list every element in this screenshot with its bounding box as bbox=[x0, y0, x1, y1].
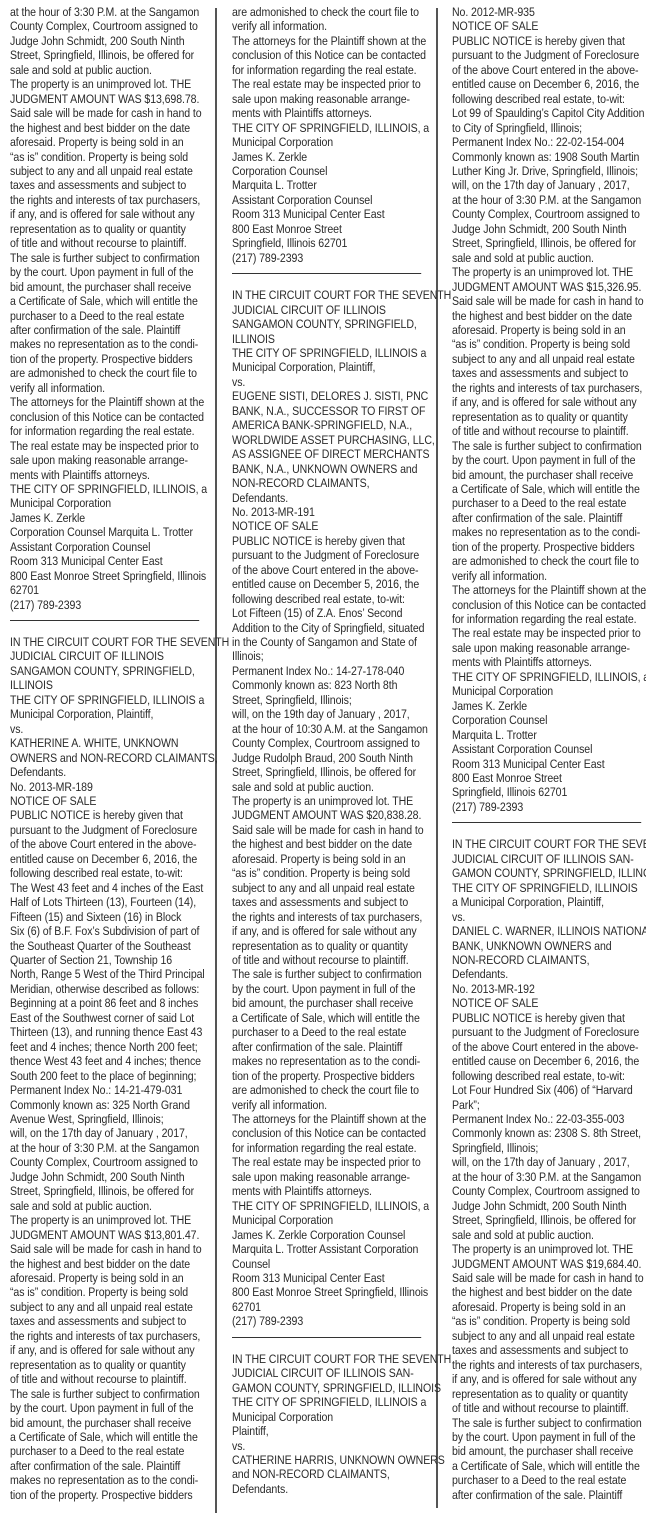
notice-line: Room 313 Municipal Center East bbox=[232, 207, 423, 221]
notice-line: Municipal Corporation bbox=[10, 496, 201, 510]
notice-line: IN THE CIRCUIT COURT FOR THE SEVENTH bbox=[232, 1352, 423, 1366]
notice-line: bid amount, the purchaser shall receive bbox=[452, 1444, 643, 1458]
column-right: No. 2012-MR-935NOTICE OF SALEPUBLIC NOTI… bbox=[452, 5, 643, 1502]
notice-line: entitled cause on December 6, 2016, the bbox=[452, 77, 643, 91]
notice-line: JUDICIAL CIRCUIT OF ILLINOIS bbox=[232, 303, 423, 317]
notice-line: aforesaid. Property is being sold in an bbox=[452, 1300, 643, 1314]
notice-line: Luther King Jr. Drive, Springfield, Illi… bbox=[452, 164, 643, 178]
column-divider bbox=[436, 8, 438, 1508]
notice-line: following described real estate, to-wit: bbox=[452, 1069, 643, 1083]
notice-line: representation as to quality or quantity bbox=[452, 410, 643, 424]
notice-line: 800 East Monroe Street bbox=[232, 222, 423, 236]
notice-line: a Certificate of Sale, which will entitl… bbox=[232, 1011, 423, 1025]
notice-line: taxes and assessments and subject to bbox=[232, 895, 423, 909]
notice-line: The property is an unimproved lot. THE bbox=[232, 794, 423, 808]
notice-line: Permanent Index No.: 14-27-178-040 bbox=[232, 664, 423, 678]
notice-line: THE CITY OF SPRINGFIELD, ILLINOIS, a bbox=[232, 1199, 423, 1213]
notice-line: the rights and interests of tax purchase… bbox=[232, 910, 423, 924]
notice-line: JUDGMENT AMOUNT WAS $13,801.47. bbox=[10, 1228, 201, 1242]
notice-line: vs. bbox=[232, 375, 423, 389]
notice-line: thence West 43 feet and 4 inches; thence bbox=[10, 1054, 201, 1068]
notice-line: BANK, N.A., UNKNOWN OWNERS and bbox=[232, 462, 423, 476]
notice-line: The sale is further subject to confirmat… bbox=[10, 251, 201, 265]
notice-line: THE CITY OF SPRINGFIELD, ILLINOIS a bbox=[232, 346, 423, 360]
notice-line: vs. bbox=[232, 1439, 423, 1453]
notice-line: NOTICE OF SALE bbox=[452, 996, 643, 1010]
notice-line: makes no representation as to the condi- bbox=[10, 1473, 201, 1487]
notice-line: pursuant to the Judgment of Foreclosure bbox=[452, 48, 643, 62]
notice-line: PUBLIC NOTICE is hereby given that bbox=[10, 808, 201, 822]
notice-line: if any, and is offered for sale without … bbox=[452, 1372, 643, 1386]
notice-line: will, on the 17th day of January , 2017, bbox=[10, 1126, 201, 1140]
notice-line: SANGAMON COUNTY, SPRINGFIELD, bbox=[10, 664, 201, 678]
notice-line: The attorneys for the Plaintiff shown at… bbox=[452, 583, 643, 597]
notice-line: PUBLIC NOTICE is hereby given that bbox=[452, 34, 643, 48]
notice-line: The real estate may be inspected prior t… bbox=[452, 626, 643, 640]
notice-line: conclusion of this Notice can be contact… bbox=[10, 410, 201, 424]
notice-line: No. 2013-MR-189 bbox=[10, 780, 201, 794]
notice-line: ments with Plaintiffs attorneys. bbox=[452, 655, 643, 669]
notice-line: subject to any and all unpaid real estat… bbox=[10, 164, 201, 178]
notice-line: Municipal Corporation bbox=[452, 684, 643, 698]
notice-line: ILLINOIS bbox=[232, 332, 423, 346]
notice-line: Street, Springfield, Illinois, be offere… bbox=[10, 1184, 201, 1198]
notice-separator-rule bbox=[10, 620, 199, 621]
notice-line: JUDICIAL CIRCUIT OF ILLINOIS SAN- bbox=[232, 1366, 423, 1380]
notice-line: if any, and is offered for sale without … bbox=[232, 924, 423, 938]
notice-line: “as is” condition. Property is being sol… bbox=[452, 1314, 643, 1328]
notice-line: Defendants. bbox=[232, 491, 423, 505]
notice-line: BANK, UNKNOWN OWNERS and bbox=[452, 939, 643, 953]
notice-line: after confirmation of the sale. Plaintif… bbox=[10, 323, 201, 337]
notice-line: of title and without recourse to plainti… bbox=[10, 236, 201, 250]
notice-line: Room 313 Municipal Center East bbox=[452, 757, 643, 771]
notice-line: a Municipal Corporation, Plaintiff, bbox=[452, 895, 643, 909]
notice-line: tion of the property. Prospective bidder… bbox=[452, 540, 643, 554]
notice-line: Lot Fifteen (15) of Z.A. Enos’ Second bbox=[232, 606, 423, 620]
notice-line: The real estate may be inspected prior t… bbox=[232, 77, 423, 91]
notice-line: The sale is further subject to confirmat… bbox=[452, 1416, 643, 1430]
notice-line: Lot Four Hundred Six (406) of “Harvard bbox=[452, 1083, 643, 1097]
notice-line: Street, Springfield, Illinois; bbox=[232, 693, 423, 707]
notice-line: ILLINOIS bbox=[10, 678, 201, 692]
notice-line: IN THE CIRCUIT COURT FOR THE SEVENTH bbox=[10, 635, 201, 649]
notice-line: a Certificate of Sale, which will entitl… bbox=[452, 1459, 643, 1473]
notice-line: JUDICIAL CIRCUIT OF ILLINOIS bbox=[10, 649, 201, 663]
notice-line: “as is” condition. Property is being sol… bbox=[452, 337, 643, 351]
notice-line: James K. Zerkle bbox=[232, 150, 423, 164]
notice-line: Room 313 Municipal Center East bbox=[10, 554, 201, 568]
notice-line: Defendants. bbox=[10, 765, 201, 779]
notice-line: verify all information. bbox=[232, 19, 423, 33]
notice-line: at the hour of 3:30 P.M. at the Sangamon bbox=[452, 1170, 643, 1184]
notice-line: of the above Court entered in the above- bbox=[452, 63, 643, 77]
notice-line: Municipal Corporation, Plaintiff, bbox=[232, 360, 423, 374]
notice-line: if any, and is offered for sale without … bbox=[452, 395, 643, 409]
notice-line: Illinois; bbox=[232, 649, 423, 663]
notice-line: County Complex, Courtroom assigned to bbox=[452, 1184, 643, 1198]
notice-line: The sale is further subject to confirmat… bbox=[10, 1387, 201, 1401]
notice-line: following described real estate, to-wit: bbox=[232, 592, 423, 606]
notice-line: Springfield, Illinois 62701 bbox=[232, 236, 423, 250]
notice-line: tion of the property. Prospective bidder… bbox=[10, 352, 201, 366]
notice-line: The property is an unimproved lot. THE bbox=[10, 1213, 201, 1227]
notice-line: ments with Plaintiffs attorneys. bbox=[232, 1184, 423, 1198]
notice-line: Thirteen (13), and running thence East 4… bbox=[10, 1025, 201, 1039]
notice-line: aforesaid. Property is being sold in an bbox=[452, 323, 643, 337]
notice-text-block: No. 2012-MR-935NOTICE OF SALEPUBLIC NOTI… bbox=[452, 5, 643, 814]
notice-line: Street, Springfield, Illinois, be offere… bbox=[452, 236, 643, 250]
notice-line: purchaser to a Deed to the real estate bbox=[452, 496, 643, 510]
notice-line: Corporation Counsel Marquita L. Trotter bbox=[10, 525, 201, 539]
notice-line: sale upon making reasonable arrange- bbox=[232, 1170, 423, 1184]
notice-line: OWNERS and NON-RECORD CLAIMANTS, bbox=[10, 751, 201, 765]
notice-separator-rule bbox=[452, 822, 641, 823]
notice-line: the highest and best bidder on the date bbox=[452, 309, 643, 323]
notice-line: 800 East Monroe Street Springfield, Illi… bbox=[232, 1285, 423, 1299]
notice-line: bid amount, the purchaser shall receive bbox=[10, 280, 201, 294]
notice-line: The attorneys for the Plaintiff shown at… bbox=[232, 1112, 423, 1126]
notice-line: Avenue West, Springfield, Illinois; bbox=[10, 1112, 201, 1126]
notice-line: THE CITY OF SPRINGFIELD, ILLINOIS, a bbox=[10, 482, 201, 496]
notice-line: Counsel bbox=[232, 1257, 423, 1271]
notice-line: sale upon making reasonable arrange- bbox=[232, 92, 423, 106]
notice-line: conclusion of this Notice can be contact… bbox=[232, 1126, 423, 1140]
notice-line: (217) 789-2393 bbox=[232, 1314, 423, 1328]
notice-line: the rights and interests of tax purchase… bbox=[10, 1329, 201, 1343]
notice-line: THE CITY OF SPRINGFIELD, ILLINOIS, a bbox=[232, 121, 423, 135]
notice-line: GAMON COUNTY, SPRINGFIELD, ILLINOIS bbox=[232, 1381, 423, 1395]
notice-line: after confirmation of the sale. Plaintif… bbox=[232, 1040, 423, 1054]
notice-line: sale upon making reasonable arrange- bbox=[10, 453, 201, 467]
notice-line: sale and sold at public auction. bbox=[452, 1228, 643, 1242]
notice-line: Defendants. bbox=[232, 1482, 423, 1496]
notice-line: are admonished to check the court file t… bbox=[452, 554, 643, 568]
notice-line: subject to any and all unpaid real estat… bbox=[452, 1329, 643, 1343]
notice-line: Commonly known as: 1908 South Martin bbox=[452, 150, 643, 164]
notice-line: will, on the 17th day of January , 2017, bbox=[452, 178, 643, 192]
notice-line: Fifteen (15) and Sixteen (16) in Block bbox=[10, 910, 201, 924]
notice-text-block: IN THE CIRCUIT COURT FOR THE SEVENTHJUDI… bbox=[10, 635, 201, 1502]
notice-line: The West 43 feet and 4 inches of the Eas… bbox=[10, 881, 201, 895]
notice-line: the rights and interests of tax purchase… bbox=[452, 381, 643, 395]
notice-line: James K. Zerkle bbox=[452, 699, 643, 713]
notice-line: Assistant Corporation Counsel bbox=[452, 742, 643, 756]
notice-line: tion of the property. Prospective bidder… bbox=[232, 1069, 423, 1083]
notice-line: bid amount, the purchaser shall receive bbox=[452, 468, 643, 482]
notice-line: Springfield, Illinois; bbox=[452, 1141, 643, 1155]
notice-line: ments with Plaintiffs attorneys. bbox=[10, 468, 201, 482]
notice-line: Room 313 Municipal Center East bbox=[232, 1271, 423, 1285]
notice-line: vs. bbox=[452, 910, 643, 924]
column-left: at the hour of 3:30 P.M. at the Sangamon… bbox=[10, 5, 201, 1502]
notice-line: sale and sold at public auction. bbox=[10, 63, 201, 77]
notice-line: THE CITY OF SPRINGFIELD, ILLINOIS a bbox=[10, 693, 201, 707]
notice-line: of title and without recourse to plainti… bbox=[10, 1372, 201, 1386]
notice-line: purchaser to a Deed to the real estate bbox=[10, 309, 201, 323]
notice-line: a Certificate of Sale, which will entitl… bbox=[452, 482, 643, 496]
notice-line: Municipal Corporation bbox=[232, 1213, 423, 1227]
notice-line: the highest and best bidder on the date bbox=[10, 1257, 201, 1271]
notice-line: are admonished to check the court file t… bbox=[232, 5, 423, 19]
notice-line: SANGAMON COUNTY, SPRINGFIELD, bbox=[232, 317, 423, 331]
notice-line: entitled cause on December 6, 2016, the bbox=[10, 852, 201, 866]
notice-line: entitled cause on December 6, 2016, the bbox=[452, 1054, 643, 1068]
notice-line: conclusion of this Notice can be contact… bbox=[452, 598, 643, 612]
notice-line: subject to any and all unpaid real estat… bbox=[452, 352, 643, 366]
legal-notices-page: at the hour of 3:30 P.M. at the Sangamon… bbox=[0, 0, 646, 1518]
notice-line: Judge John Schmidt, 200 South Ninth bbox=[452, 1199, 643, 1213]
notice-line: by the court. Upon payment in full of th… bbox=[10, 1401, 201, 1415]
notice-line: Meridian, otherwise described as follows… bbox=[10, 982, 201, 996]
notice-line: Street, Springfield, Illinois, be offere… bbox=[232, 765, 423, 779]
notice-line: Quarter of Section 21, Township 16 bbox=[10, 953, 201, 967]
notice-line: following described real estate, to-wit: bbox=[452, 92, 643, 106]
notice-line: 62701 bbox=[10, 583, 201, 597]
notice-line: Addition to the City of Springfield, sit… bbox=[232, 621, 423, 635]
notice-line: Lot 99 of Spaulding’s Capitol City Addit… bbox=[452, 106, 643, 120]
notice-line: GAMON COUNTY, SPRINGFIELD, ILLINOIS bbox=[452, 866, 643, 880]
notice-line: Street, Springfield, Illinois, be offere… bbox=[10, 48, 201, 62]
notice-line: after confirmation of the sale. Plaintif… bbox=[452, 1488, 643, 1502]
notice-line: will, on the 17th day of January , 2017, bbox=[452, 1155, 643, 1169]
notice-line: taxes and assessments and subject to bbox=[10, 178, 201, 192]
column-middle: are admonished to check the court file t… bbox=[232, 5, 423, 1496]
notice-line: will, on the 19th day of January , 2017, bbox=[232, 707, 423, 721]
notice-line: Assistant Corporation Counsel bbox=[10, 540, 201, 554]
notice-line: THE CITY OF SPRINGFIELD, ILLINOIS, a bbox=[452, 670, 643, 684]
notice-line: Park”; bbox=[452, 1098, 643, 1112]
notice-line: for information regarding the real estat… bbox=[232, 63, 423, 77]
notice-text-block: are admonished to check the court file t… bbox=[232, 5, 423, 265]
notice-line: County Complex, Courtroom assigned to bbox=[10, 19, 201, 33]
notice-line: BANK, N.A., SUCCESSOR TO FIRST OF bbox=[232, 404, 423, 418]
notice-line: the highest and best bidder on the date bbox=[232, 837, 423, 851]
notice-line: the rights and interests of tax purchase… bbox=[10, 193, 201, 207]
notice-line: Corporation Counsel bbox=[232, 164, 423, 178]
notice-line: of title and without recourse to plainti… bbox=[232, 953, 423, 967]
notice-line: subject to any and all unpaid real estat… bbox=[10, 1300, 201, 1314]
notice-line: IN THE CIRCUIT COURT FOR THE SEVENTH bbox=[452, 837, 643, 851]
notice-line: “as is” condition. Property is being sol… bbox=[10, 150, 201, 164]
notice-line: bid amount, the purchaser shall receive bbox=[232, 996, 423, 1010]
notice-line: of title and without recourse to plainti… bbox=[452, 1401, 643, 1415]
notice-line: East of the Southwest corner of said Lot bbox=[10, 1011, 201, 1025]
notice-line: a Certificate of Sale, which will entitl… bbox=[10, 294, 201, 308]
notice-line: Judge John Schmidt, 200 South Ninth bbox=[10, 34, 201, 48]
notice-line: taxes and assessments and subject to bbox=[452, 366, 643, 380]
notice-line: of title and without recourse to plainti… bbox=[452, 424, 643, 438]
notice-line: Commonly known as: 2308 S. 8th Street, bbox=[452, 1126, 643, 1140]
notice-line: The property is an unimproved lot. THE bbox=[452, 265, 643, 279]
notice-line: representation as to quality or quantity bbox=[10, 1358, 201, 1372]
notice-line: Permanent Index No.: 14-21-479-031 bbox=[10, 1083, 201, 1097]
notice-line: the rights and interests of tax purchase… bbox=[452, 1358, 643, 1372]
notice-line: of the above Court entered in the above- bbox=[232, 563, 423, 577]
notice-line: AMERICA BANK-SPRINGFIELD, N.A., bbox=[232, 418, 423, 432]
notice-line: sale upon making reasonable arrange- bbox=[452, 641, 643, 655]
notice-line: Judge John Schmidt, 200 South Ninth bbox=[452, 222, 643, 236]
notice-separator-rule bbox=[232, 273, 421, 274]
notice-line: pursuant to the Judgment of Foreclosure bbox=[452, 1025, 643, 1039]
notice-line: JUDGMENT AMOUNT WAS $19,684.40. bbox=[452, 1257, 643, 1271]
notice-line: after confirmation of the sale. Plaintif… bbox=[452, 511, 643, 525]
notice-line: taxes and assessments and subject to bbox=[452, 1343, 643, 1357]
notice-line: makes no representation as to the condi- bbox=[452, 525, 643, 539]
notice-line: at the hour of 3:30 P.M. at the Sangamon bbox=[10, 5, 201, 19]
notice-line: Judge John Schmidt, 200 South Ninth bbox=[10, 1170, 201, 1184]
notice-text-block: IN THE CIRCUIT COURT FOR THE SEVENTHJUDI… bbox=[232, 1352, 423, 1497]
notice-line: James K. Zerkle bbox=[10, 511, 201, 525]
notice-line: Half of Lots Thirteen (13), Fourteen (14… bbox=[10, 895, 201, 909]
notice-line: Municipal Corporation, Plaintiff, bbox=[10, 707, 201, 721]
notice-line: sale and sold at public auction. bbox=[232, 780, 423, 794]
notice-line: Said sale will be made for cash in hand … bbox=[232, 823, 423, 837]
notice-line: Said sale will be made for cash in hand … bbox=[452, 294, 643, 308]
notice-line: tion of the property. Prospective bidder… bbox=[10, 1488, 201, 1502]
notice-line: JUDGMENT AMOUNT WAS $20,838.28. bbox=[232, 808, 423, 822]
notice-line: pursuant to the Judgment of Foreclosure bbox=[10, 823, 201, 837]
notice-line: (217) 789-2393 bbox=[10, 598, 201, 612]
notice-line: by the court. Upon payment in full of th… bbox=[10, 265, 201, 279]
notice-line: CATHERINE HARRIS, UNKNOWN OWNERS bbox=[232, 1453, 423, 1467]
notice-line: “as is” condition. Property is being sol… bbox=[232, 866, 423, 880]
notice-line: Said sale will be made for cash in hand … bbox=[10, 106, 201, 120]
notice-line: 62701 bbox=[232, 1300, 423, 1314]
notice-line: NOTICE OF SALE bbox=[10, 794, 201, 808]
notice-line: following described real estate, to-wit: bbox=[10, 866, 201, 880]
notice-line: County Complex, Courtroom assigned to bbox=[10, 1155, 201, 1169]
notice-line: Commonly known as: 325 North Grand bbox=[10, 1098, 201, 1112]
notice-line: North, Range 5 West of the Third Princip… bbox=[10, 967, 201, 981]
notice-line: Said sale will be made for cash in hand … bbox=[452, 1271, 643, 1285]
notice-line: for information regarding the real estat… bbox=[10, 424, 201, 438]
notice-line: for information regarding the real estat… bbox=[452, 612, 643, 626]
notice-line: purchaser to a Deed to the real estate bbox=[10, 1444, 201, 1458]
notice-line: purchaser to a Deed to the real estate bbox=[452, 1473, 643, 1487]
notice-line: aforesaid. Property is being sold in an bbox=[10, 1271, 201, 1285]
notice-line: JUDGMENT AMOUNT WAS $15,326.95. bbox=[452, 280, 643, 294]
notice-line: the highest and best bidder on the date bbox=[10, 121, 201, 135]
notice-line: The sale is further subject to confirmat… bbox=[232, 967, 423, 981]
notice-line: NOTICE OF SALE bbox=[452, 19, 643, 33]
notice-line: The real estate may be inspected prior t… bbox=[232, 1155, 423, 1169]
notice-line: representation as to quality or quantity bbox=[10, 222, 201, 236]
notice-line: NON-RECORD CLAIMANTS, bbox=[232, 476, 423, 490]
notice-line: if any, and is offered for sale without … bbox=[10, 207, 201, 221]
notice-line: No. 2013-MR-192 bbox=[452, 982, 643, 996]
notice-line: EUGENE SISTI, DELORES J. SISTI, PNC bbox=[232, 389, 423, 403]
notice-line: The attorneys for the Plaintiff shown at… bbox=[10, 395, 201, 409]
notice-line: The attorneys for the Plaintiff shown at… bbox=[232, 34, 423, 48]
notice-line: taxes and assessments and subject to bbox=[10, 1314, 201, 1328]
notice-line: PUBLIC NOTICE is hereby given that bbox=[452, 1011, 643, 1025]
notice-line: NON-RECORD CLAIMANTS, bbox=[452, 953, 643, 967]
notice-line: to City of Springfield, Illinois; bbox=[452, 121, 643, 135]
notice-line: by the court. Upon payment in full of th… bbox=[452, 453, 643, 467]
notice-line: KATHERINE A. WHITE, UNKNOWN bbox=[10, 736, 201, 750]
notice-text-block: IN THE CIRCUIT COURT FOR THE SEVENTHJUDI… bbox=[232, 288, 423, 1329]
notice-line: makes no representation as to the condi- bbox=[232, 1054, 423, 1068]
notice-line: the Southeast Quarter of the Southeast bbox=[10, 939, 201, 953]
notice-line: Six (6) of B.F. Fox’s Subdivision of par… bbox=[10, 924, 201, 938]
notice-line: James K. Zerkle Corporation Counsel bbox=[232, 1228, 423, 1242]
notice-line: No. 2012-MR-935 bbox=[452, 5, 643, 19]
notice-line: Beginning at a point 86 feet and 8 inche… bbox=[10, 996, 201, 1010]
notice-line: vs. bbox=[10, 722, 201, 736]
notice-line: after confirmation of the sale. Plaintif… bbox=[10, 1459, 201, 1473]
notice-separator-rule bbox=[232, 1337, 421, 1338]
notice-line: at the hour of 10:30 A.M. at the Sangamo… bbox=[232, 722, 423, 736]
notice-line: verify all information. bbox=[232, 1098, 423, 1112]
notice-line: Permanent Index No.: 22-03-355-003 bbox=[452, 1112, 643, 1126]
notice-line: Permanent Index No.: 22-02-154-004 bbox=[452, 135, 643, 149]
notice-line: representation as to quality or quantity bbox=[452, 1387, 643, 1401]
notice-line: NOTICE OF SALE bbox=[232, 519, 423, 533]
notice-line: pursuant to the Judgment of Foreclosure bbox=[232, 548, 423, 562]
notice-line: The property is an unimproved lot. THE bbox=[452, 1242, 643, 1256]
notice-line: Marquita L. Trotter bbox=[452, 728, 643, 742]
notice-line: 800 East Monroe Street Springfield, Illi… bbox=[10, 569, 201, 583]
notice-line: (217) 789-2393 bbox=[232, 251, 423, 265]
notice-line: bid amount, the purchaser shall receive bbox=[10, 1416, 201, 1430]
notice-line: Municipal Corporation bbox=[232, 135, 423, 149]
notice-line: Springfield, Illinois 62701 bbox=[452, 785, 643, 799]
notice-line: Street, Springfield, Illinois, be offere… bbox=[452, 1213, 643, 1227]
notice-line: Commonly known as: 823 North 8th bbox=[232, 678, 423, 692]
notice-line: sale and sold at public auction. bbox=[452, 251, 643, 265]
notice-line: feet and 4 inches; thence North 200 feet… bbox=[10, 1040, 201, 1054]
notice-line: a Certificate of Sale, which will entitl… bbox=[10, 1430, 201, 1444]
notice-line: Said sale will be made for cash in hand … bbox=[10, 1242, 201, 1256]
notice-line: “as is” condition. Property is being sol… bbox=[10, 1285, 201, 1299]
notice-line: IN THE CIRCUIT COURT FOR THE SEVENTH bbox=[232, 288, 423, 302]
notice-line: The property is an unimproved lot. THE bbox=[10, 77, 201, 91]
notice-line: for information regarding the real estat… bbox=[232, 1141, 423, 1155]
notice-line: Assistant Corporation Counsel bbox=[232, 193, 423, 207]
notice-line: County Complex, Courtroom assigned to bbox=[232, 736, 423, 750]
notice-line: if any, and is offered for sale without … bbox=[10, 1343, 201, 1357]
notice-line: are admonished to check the court file t… bbox=[232, 1083, 423, 1097]
notice-line: Judge Rudolph Braud, 200 South Ninth bbox=[232, 751, 423, 765]
notice-line: at the hour of 3:30 P.M. at the Sangamon bbox=[10, 1141, 201, 1155]
notice-line: of the above Court entered in the above- bbox=[452, 1040, 643, 1054]
notice-line: of the above Court entered in the above- bbox=[10, 837, 201, 851]
notice-line: WORLDWIDE ASSET PURCHASING, LLC, bbox=[232, 433, 423, 447]
notice-line: verify all information. bbox=[452, 569, 643, 583]
notice-line: purchaser to a Deed to the real estate bbox=[232, 1025, 423, 1039]
notice-line: THE CITY OF SPRINGFIELD, ILLINOIS bbox=[452, 881, 643, 895]
notice-line: AS ASSIGNEE OF DIRECT MERCHANTS bbox=[232, 447, 423, 461]
notice-line: conclusion of this Notice can be contact… bbox=[232, 48, 423, 62]
notice-line: subject to any and all unpaid real estat… bbox=[232, 881, 423, 895]
notice-line: Municipal Corporation bbox=[232, 1410, 423, 1424]
notice-line: by the court. Upon payment in full of th… bbox=[232, 982, 423, 996]
notice-line: representation as to quality or quantity bbox=[232, 939, 423, 953]
notice-line: in the County of Sangamon and State of bbox=[232, 635, 423, 649]
notice-line: Marquita L. Trotter bbox=[232, 178, 423, 192]
notice-line: The real estate may be inspected prior t… bbox=[10, 439, 201, 453]
notice-line: Defendants. bbox=[452, 967, 643, 981]
notice-line: (217) 789-2393 bbox=[452, 800, 643, 814]
notice-line: Plaintiff, bbox=[232, 1424, 423, 1438]
notice-line: JUDICIAL CIRCUIT OF ILLINOIS SAN- bbox=[452, 852, 643, 866]
notice-line: County Complex, Courtroom assigned to bbox=[452, 207, 643, 221]
notice-line: The sale is further subject to confirmat… bbox=[452, 439, 643, 453]
notice-line: Corporation Counsel bbox=[452, 713, 643, 727]
notice-line: DANIEL C. WARNER, ILLINOIS NATIONAL bbox=[452, 924, 643, 938]
notice-line: sale and sold at public auction. bbox=[10, 1199, 201, 1213]
